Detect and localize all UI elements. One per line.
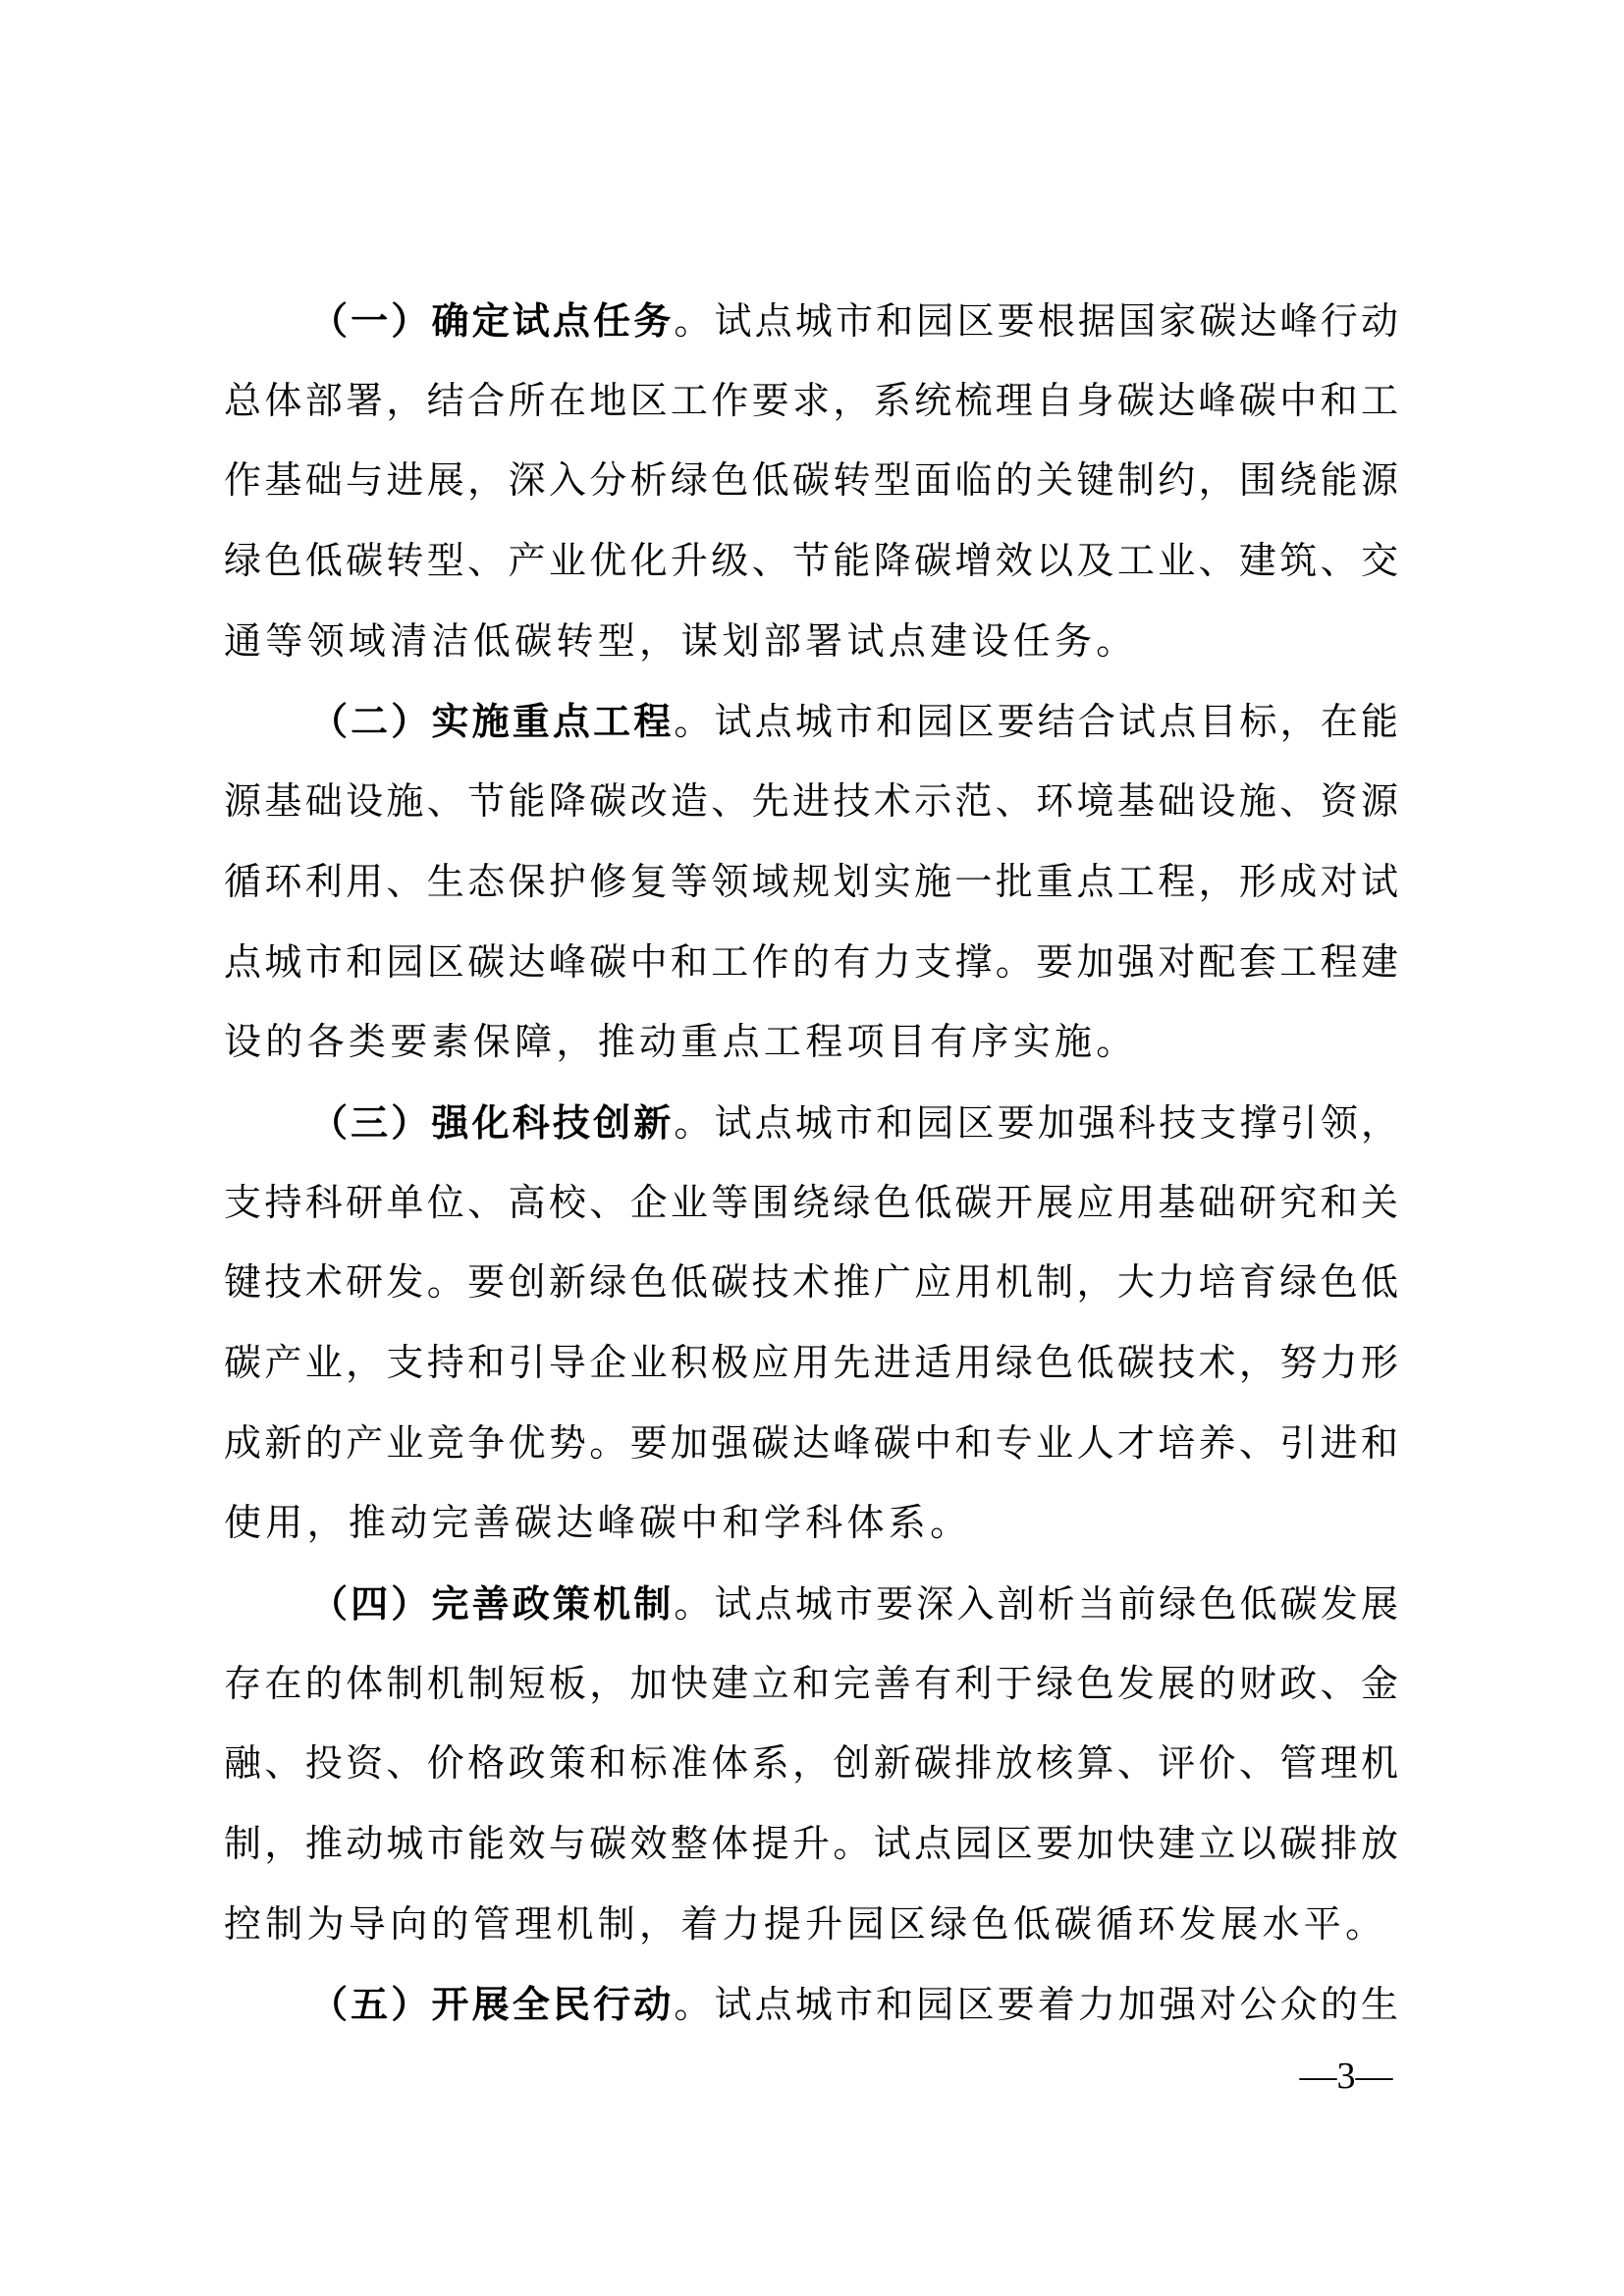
- line-text: 。试点城市和园区要加强科技支撑引领，: [674, 1101, 1398, 1145]
- section-3-paragraph: （三）强化科技创新。试点城市和园区要加强科技支撑引领， 支持科研单位、高校、企业…: [224, 1083, 1398, 1564]
- section-heading: （四）完善政策机制: [310, 1581, 674, 1626]
- document-body: （一）确定试点任务。试点城市和园区要根据国家碳达峰行动 总体部署，结合所在地区工…: [224, 281, 1398, 2045]
- paragraph-line: 存在的体制机制短板，加快建立和完善有利于绿色发展的财政、金: [224, 1644, 1398, 1725]
- section-heading: （五）开展全民行动: [310, 1982, 674, 2026]
- paragraph-line: 设的各类要素保障，推动重点工程项目有序实施。: [224, 1002, 1398, 1083]
- paragraph-line: 支持科研单位、高校、企业等围绕绿色低碳开展应用基础研究和关: [224, 1163, 1398, 1244]
- paragraph-line: 成新的产业竞争优势。要加强碳达峰碳中和专业人才培养、引进和: [224, 1404, 1398, 1484]
- paragraph-line: 源基础设施、节能降碳改造、先进技术示范、环境基础设施、资源: [224, 762, 1398, 842]
- document-page: （一）确定试点任务。试点城市和园区要根据国家碳达峰行动 总体部署，结合所在地区工…: [0, 0, 1624, 2296]
- paragraph-line: 控制为导向的管理机制，着力提升园区绿色低碳循环发展水平。: [224, 1885, 1398, 1965]
- line-text: 。试点城市和园区要着力加强对公众的生: [674, 1983, 1398, 2026]
- paragraph-line: （三）强化科技创新。试点城市和园区要加强科技支撑引领，: [224, 1083, 1398, 1163]
- paragraph-line: （二）实施重点工程。试点城市和园区要结合试点目标，在能: [224, 681, 1398, 762]
- line-text: 。试点城市和园区要结合试点目标，在能: [674, 700, 1398, 743]
- line-text: 。试点城市要深入剖析当前绿色低碳发展: [674, 1582, 1398, 1626]
- paragraph-line: 作基础与进展，深入分析绿色低碳转型面临的关键制约，围绕能源: [224, 441, 1398, 521]
- page-number: —3—: [1286, 2052, 1406, 2101]
- paragraph-line: （五）开展全民行动。试点城市和园区要着力加强对公众的生: [224, 1964, 1398, 2045]
- paragraph-line: 融、投资、价格政策和标准体系，创新碳排放核算、评价、管理机: [224, 1724, 1398, 1804]
- section-2-paragraph: （二）实施重点工程。试点城市和园区要结合试点目标，在能 源基础设施、节能降碳改造…: [224, 681, 1398, 1082]
- paragraph-line: 循环利用、生态保护修复等领域规划实施一批重点工程，形成对试: [224, 842, 1398, 923]
- paragraph-line: 碳产业，支持和引导企业积极应用先进适用绿色低碳技术，努力形: [224, 1323, 1398, 1404]
- paragraph-line: 制，推动城市能效与碳效整体提升。试点园区要加快建立以碳排放: [224, 1804, 1398, 1885]
- section-1-paragraph: （一）确定试点任务。试点城市和园区要根据国家碳达峰行动 总体部署，结合所在地区工…: [224, 281, 1398, 681]
- paragraph-line: （一）确定试点任务。试点城市和园区要根据国家碳达峰行动: [224, 281, 1398, 361]
- paragraph-line: （四）完善政策机制。试点城市要深入剖析当前绿色低碳发展: [224, 1564, 1398, 1644]
- section-4-paragraph: （四）完善政策机制。试点城市要深入剖析当前绿色低碳发展 存在的体制机制短板，加快…: [224, 1564, 1398, 1964]
- section-heading: （三）强化科技创新: [310, 1100, 674, 1145]
- paragraph-line: 绿色低碳转型、产业优化升级、节能降碳增效以及工业、建筑、交: [224, 521, 1398, 602]
- line-text: 。试点城市和园区要根据国家碳达峰行动: [674, 299, 1398, 343]
- section-5-paragraph: （五）开展全民行动。试点城市和园区要着力加强对公众的生: [224, 1964, 1398, 2045]
- section-heading: （一）确定试点任务: [310, 298, 674, 343]
- paragraph-line: 键技术研发。要创新绿色低碳技术推广应用机制，大力培育绿色低: [224, 1243, 1398, 1323]
- section-heading: （二）实施重点工程: [310, 699, 674, 743]
- paragraph-line: 通等领域清洁低碳转型，谋划部署试点建设任务。: [224, 602, 1398, 682]
- paragraph-line: 点城市和园区碳达峰碳中和工作的有力支撑。要加强对配套工程建: [224, 923, 1398, 1003]
- paragraph-line: 使用，推动完善碳达峰碳中和学科体系。: [224, 1483, 1398, 1564]
- paragraph-line: 总体部署，结合所在地区工作要求，系统梳理自身碳达峰碳中和工: [224, 361, 1398, 442]
